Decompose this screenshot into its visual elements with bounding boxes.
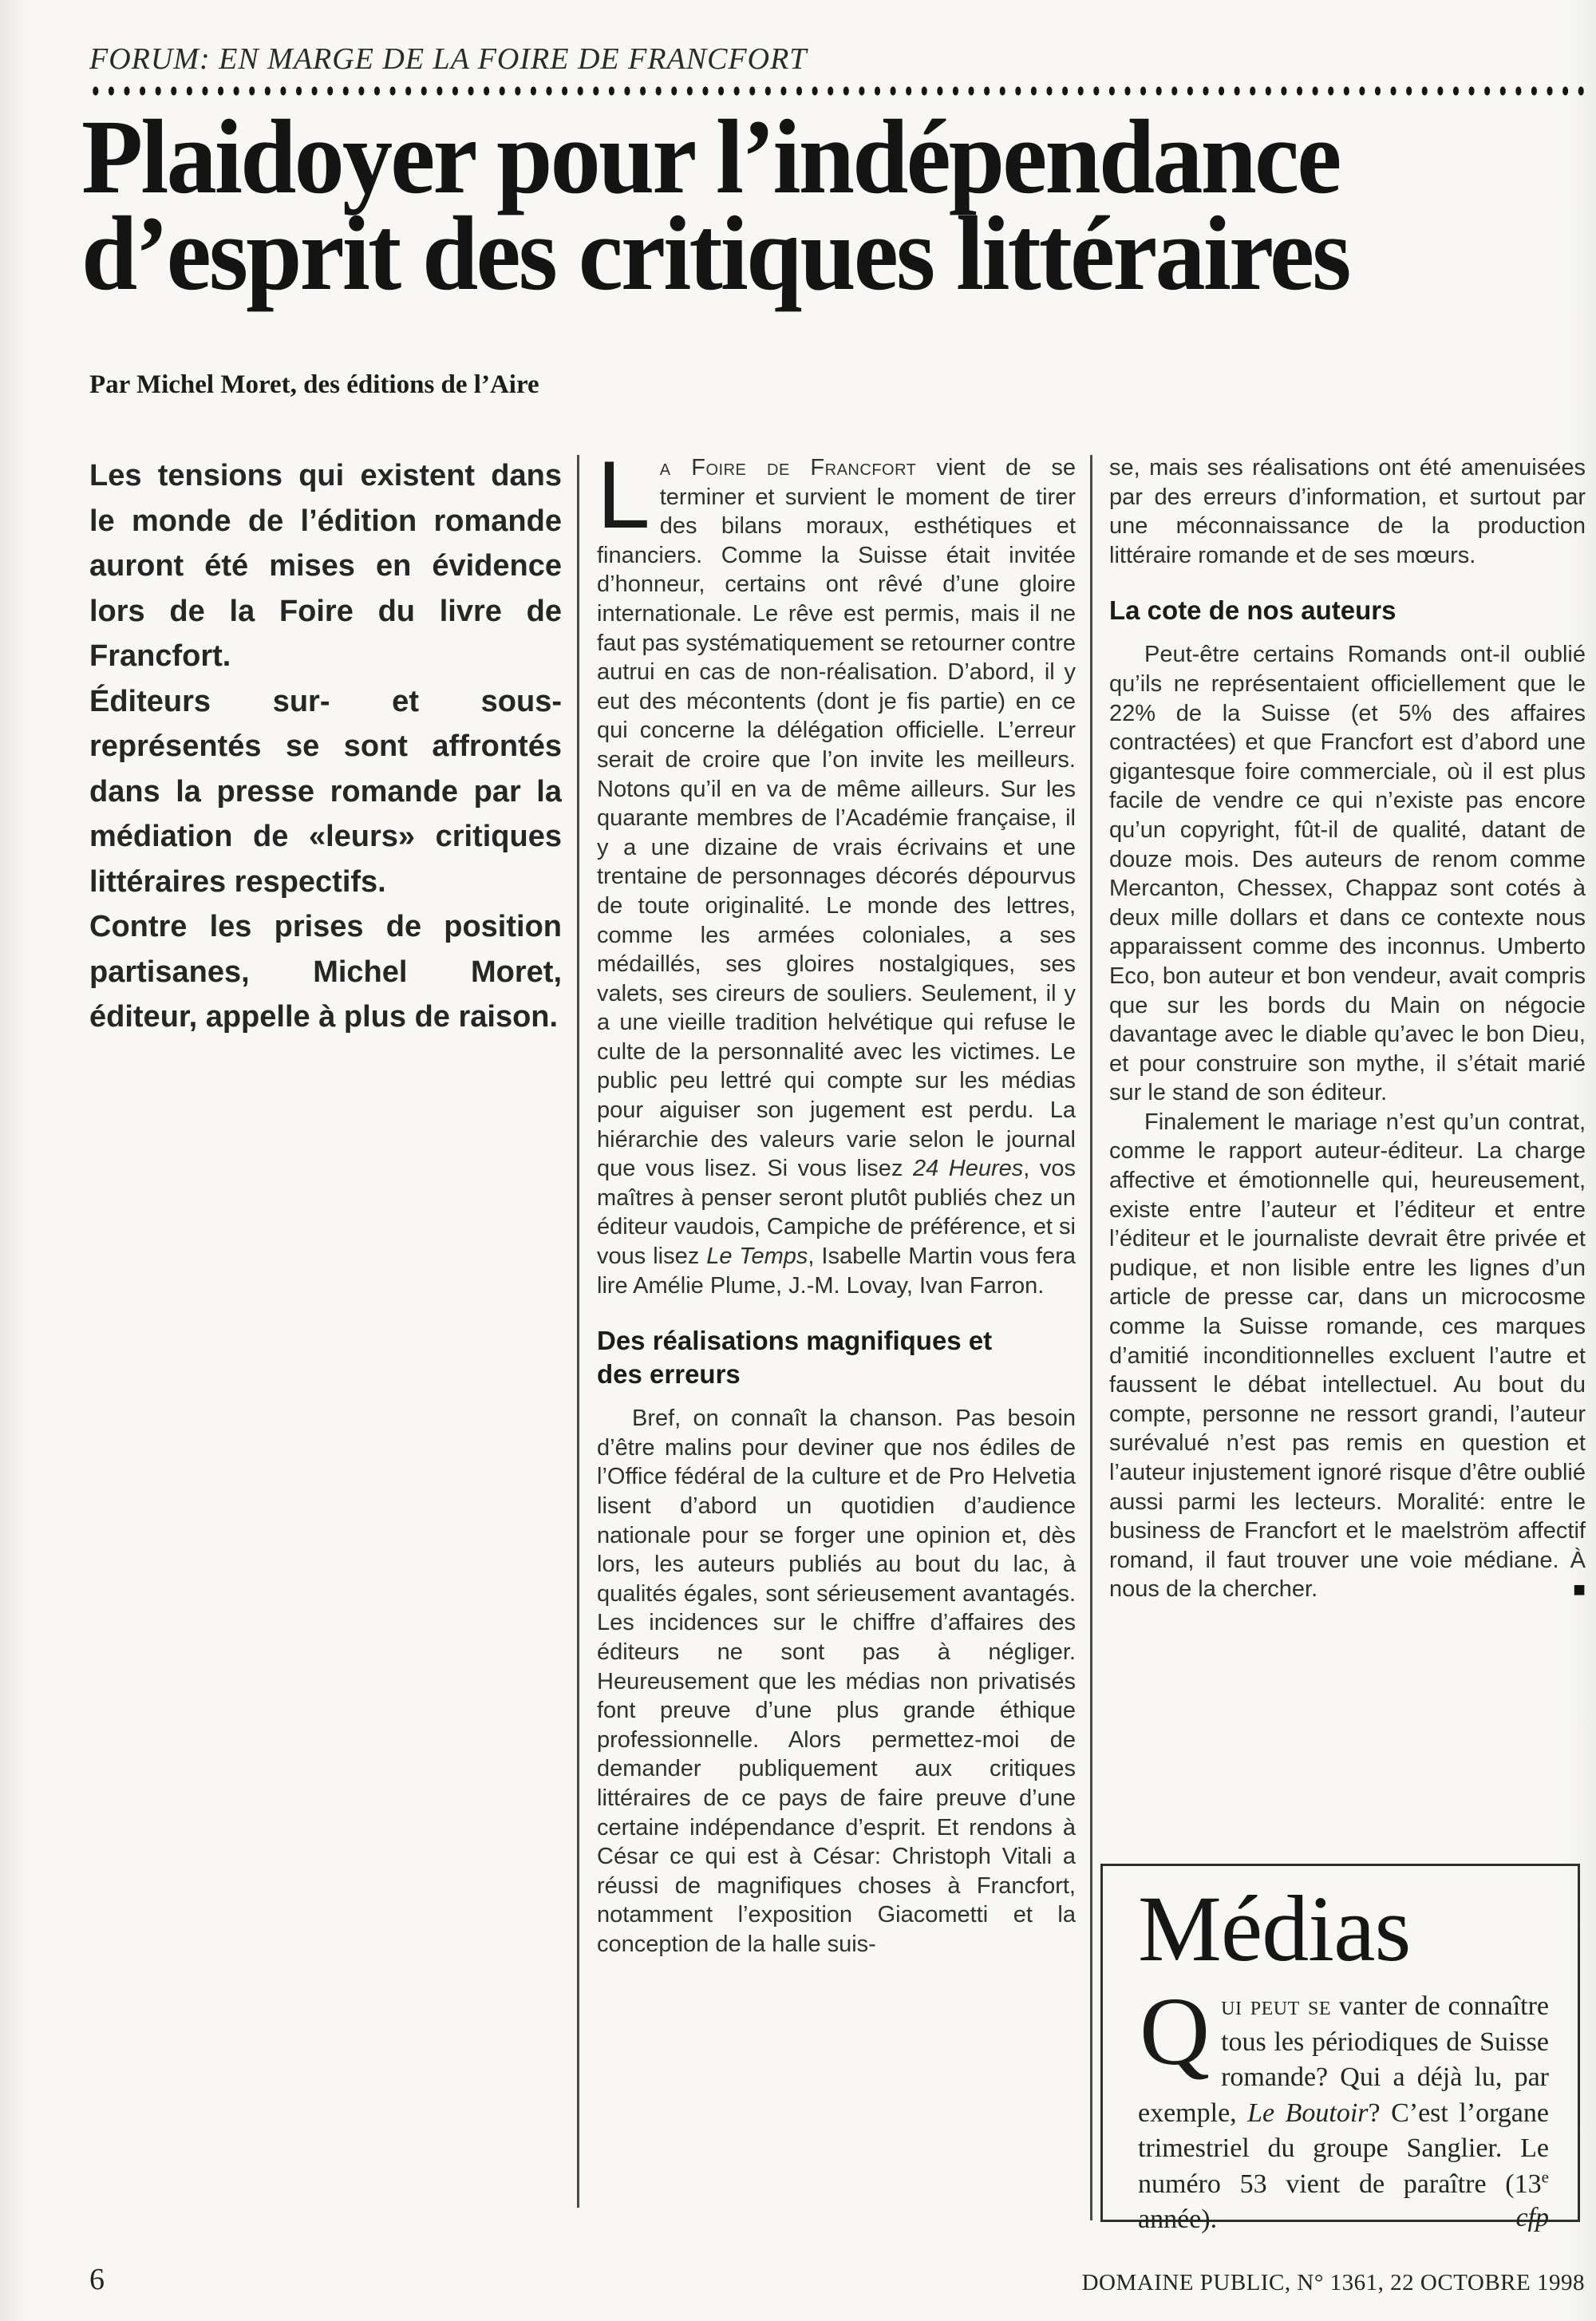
article-column-middle: La Foire de Francfort vient de se termin… [597,453,1076,2209]
dotted-rule [88,85,1586,97]
article-paragraph: se, mais ses réalisations ont été amenui… [1109,453,1586,570]
intro-paragraph: Éditeurs sur- et sous-représentés se son… [89,679,562,905]
article-paragraph: La Foire de Francfort vient de se termin… [597,453,1076,1300]
title-line: d’esprit des critiques littéraires [81,205,1522,302]
newspaper-page: FORUM: EN MARGE DE LA FOIRE DE FRANCFORT… [0,0,1596,2321]
byline: Par Michel Moret, des éditions de l’Aire [89,370,539,400]
dropcap-letter: L [597,457,650,539]
subhead-realisations: Des réalisations magnifiques et des erre… [597,1324,1032,1391]
medias-box: Médias Qui peut se vanter de connaître t… [1100,1864,1580,2222]
article-column-right: se, mais ses réalisations ont été amenui… [1109,453,1586,1858]
article-title: Plaidoyer pour l’indépendance d’esprit d… [81,109,1522,302]
medias-box-title: Médias [1138,1885,1549,1973]
column-rule-left [577,455,579,2208]
section-kicker: FORUM: EN MARGE DE LA FOIRE DE FRANCFORT [89,42,1207,77]
intro-paragraph: Les tensions qui existent dans le monde … [89,453,562,679]
medias-box-text: Qui peut se vanter de connaître tous les… [1138,1989,1549,2238]
paragraph-text: a Foire de Francfort vient de se termine… [597,455,1076,1299]
intro-paragraph: Contre les prises de position partisanes… [89,904,562,1040]
dropcap-letter: Q [1140,1994,1210,2069]
page-number: 6 [89,2262,105,2297]
article-paragraph: Finalement le mariage n’est qu’un contra… [1109,1108,1586,1604]
article-paragraph: Bref, on connaît la chanson. Pas besoin … [597,1404,1076,1959]
column-rule-right [1090,455,1092,2220]
article-paragraph: Peut-être certains Romands ont-il oublié… [1109,640,1586,1108]
title-line: Plaidoyer pour l’indépendance [81,109,1522,205]
intro-column: Les tensions qui existent dans le monde … [89,453,562,1084]
subhead-cote-auteurs: La cote de nos auteurs [1109,594,1544,627]
issue-line: DOMAINE PUBLIC, N° 1361, 22 OCTOBRE 1998 [1082,2270,1585,2296]
